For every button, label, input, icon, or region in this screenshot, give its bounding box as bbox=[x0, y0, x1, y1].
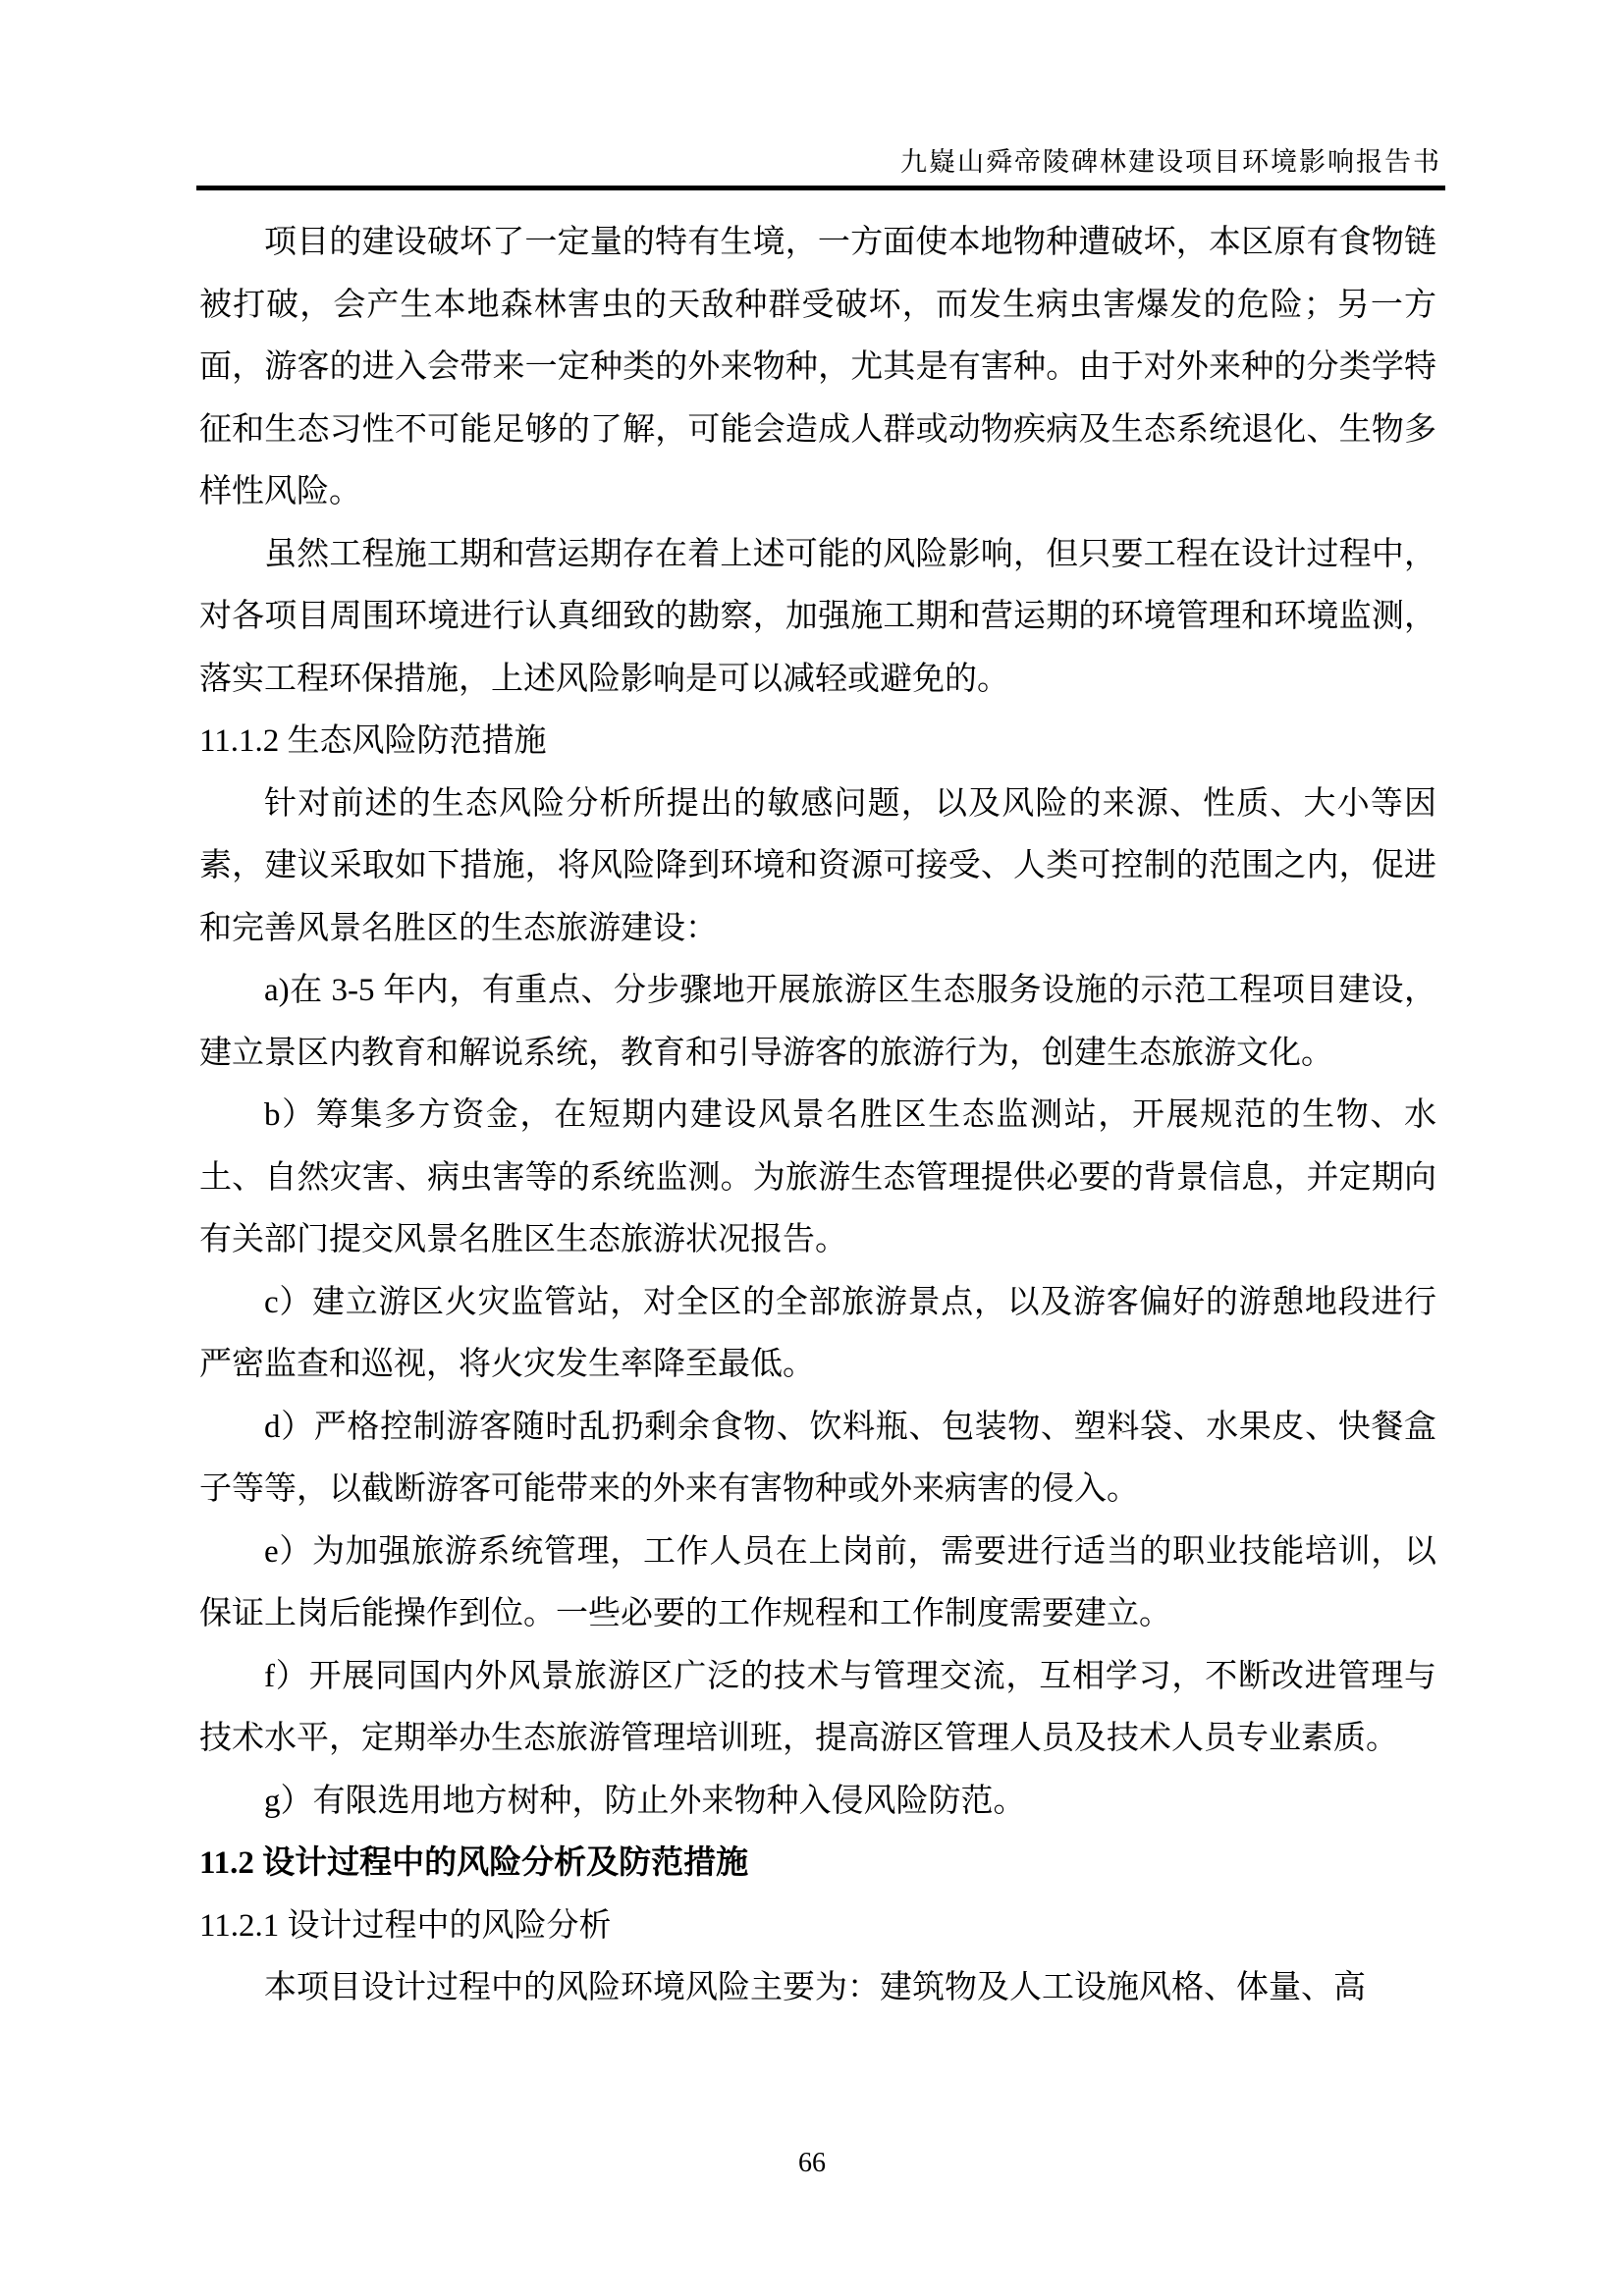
list-item-c: c）建立游区火灾监管站，对全区的全部旅游景点，以及游客偏好的游憩地段进行严密监查… bbox=[199, 1272, 1436, 1397]
section-heading-11-1-2: 11.1.2 生态风险防范措施 bbox=[199, 711, 1436, 774]
section-heading-11-2: 11.2 设计过程中的风险分析及防范措施 bbox=[199, 1833, 1436, 1896]
list-item-e: e）为加强旅游系统管理，工作人员在上岗前，需要进行适当的职业技能培训，以保证上岗… bbox=[199, 1522, 1436, 1646]
paragraph-habitat-risk: 项目的建设破坏了一定量的特有生境，一方面使本地物种遭破坏，本区原有食物链被打破，… bbox=[199, 212, 1436, 524]
header-title: 九嶷山舜帝陵碑林建设项目环境影响报告书 bbox=[196, 145, 1441, 179]
page-number: 66 bbox=[0, 2148, 1624, 2179]
document-page: 九嶷山舜帝陵碑林建设项目环境影响报告书 项目的建设破坏了一定量的特有生境，一方面… bbox=[0, 0, 1624, 2296]
list-item-f: f）开展同国内外风景旅游区广泛的技术与管理交流，互相学习，不断改进管理与技术水平… bbox=[199, 1646, 1436, 1771]
header-rule bbox=[196, 186, 1445, 190]
list-item-d: d）严格控制游客随时乱扔剩余食物、饮料瓶、包装物、塑料袋、水果皮、快餐盒子等等，… bbox=[199, 1397, 1436, 1522]
paragraph-risk-mitigable: 虽然工程施工期和营运期存在着上述可能的风险影响，但只要工程在设计过程中，对各项目… bbox=[199, 524, 1436, 712]
paragraph-measures-intro: 针对前述的生态风险分析所提出的敏感问题，以及风险的来源、性质、大小等因素，建议采… bbox=[199, 774, 1436, 961]
document-body: 项目的建设破坏了一定量的特有生境，一方面使本地物种遭破坏，本区原有食物链被打破，… bbox=[199, 212, 1436, 2020]
paragraph-design-risk-intro: 本项目设计过程中的风险环境风险主要为：建筑物及人工设施风格、体量、高 bbox=[199, 1957, 1436, 2020]
list-item-g: g）有限选用地方树种，防止外来物种入侵风险防范。 bbox=[199, 1771, 1436, 1834]
list-item-b: b）筹集多方资金，在短期内建设风景名胜区生态监测站，开展规范的生物、水土、自然灾… bbox=[199, 1085, 1436, 1272]
section-heading-11-2-1: 11.2.1 设计过程中的风险分析 bbox=[199, 1896, 1436, 1958]
list-item-a: a)在 3-5 年内，有重点、分步骤地开展旅游区生态服务设施的示范工程项目建设，… bbox=[199, 960, 1436, 1085]
